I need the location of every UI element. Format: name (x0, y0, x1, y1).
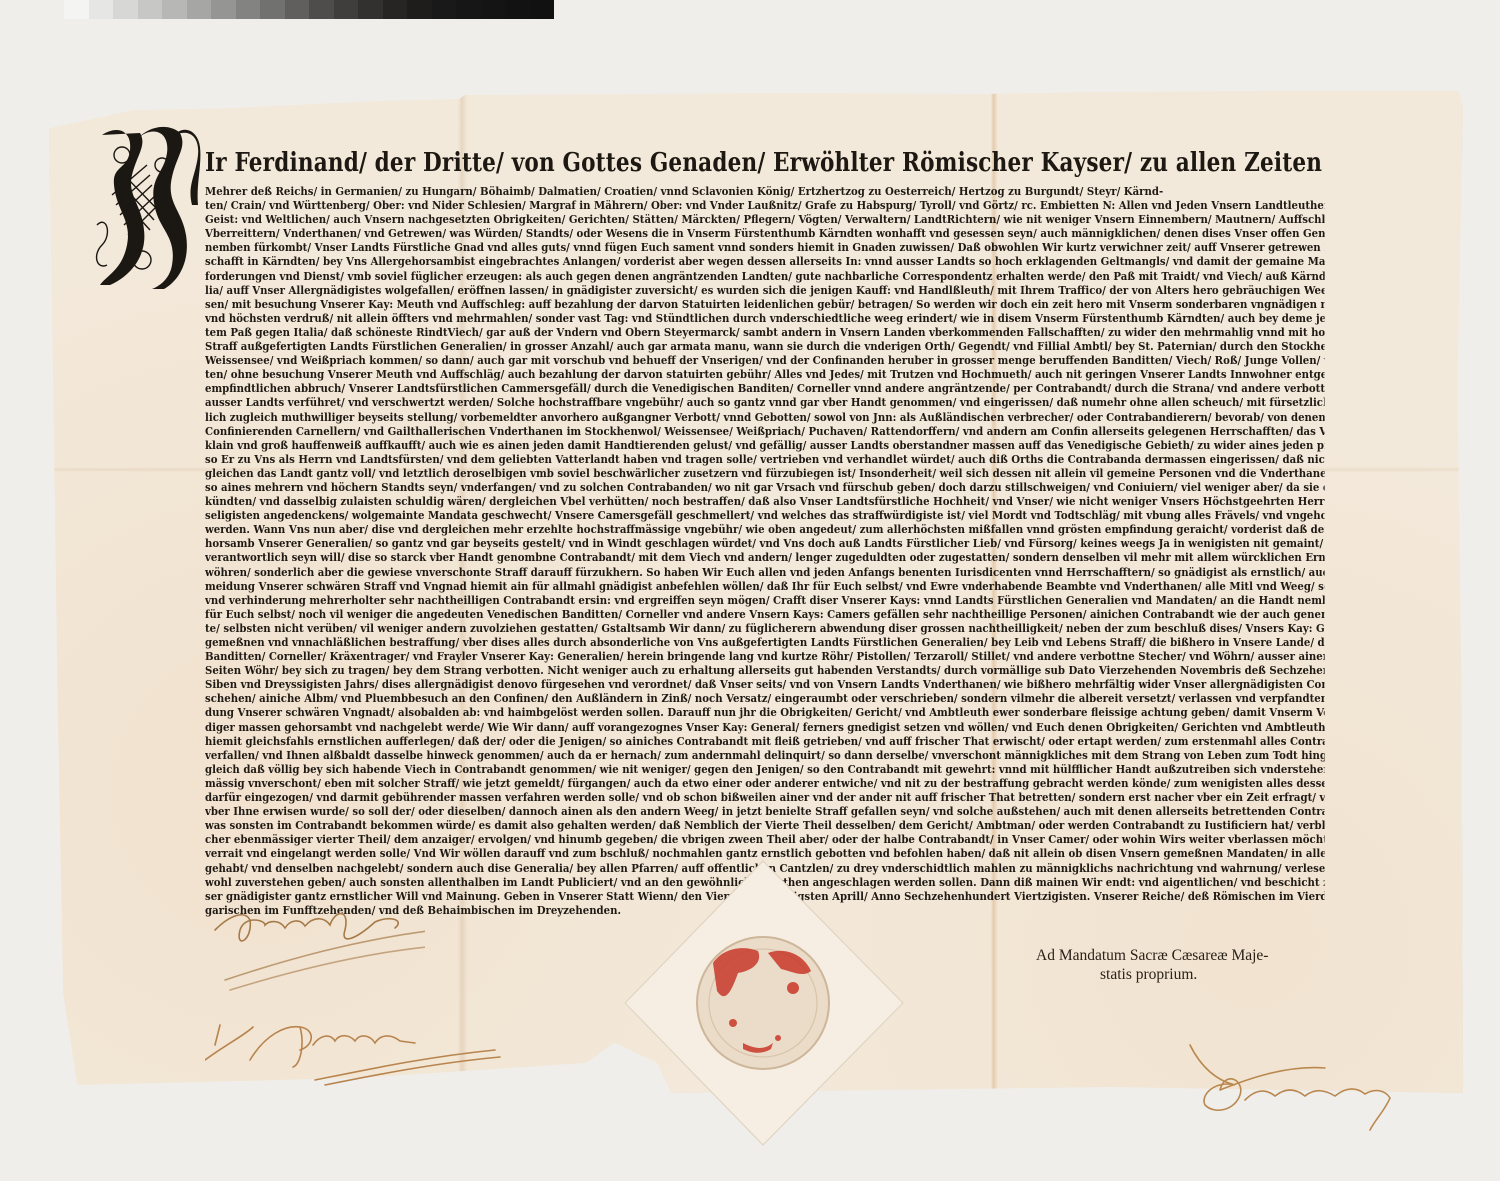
body-text-line: Siben vnd Dreyssigisten Jahrs/ dises all… (205, 677, 1325, 691)
signature-chancellor-icon (205, 1005, 505, 1095)
body-text-line: vnd höchsten verdruß/ nit allein öffters… (205, 311, 1325, 325)
gray-swatch (236, 0, 261, 19)
attestation-note: Ad Mandatum Sacræ Cæsareæ Maje- statis p… (1036, 946, 1268, 984)
gray-swatch (432, 0, 457, 19)
body-text-line: so aines mehrern vnd höchern Standts sey… (205, 480, 1325, 494)
gray-swatch (358, 0, 383, 19)
body-text-line: schehen/ ainiche Albm/ vnd Pluembbesuch … (205, 691, 1325, 705)
body-text-line: ten/ Crain/ vnd Württenberg/ Ober: vnd N… (205, 198, 1325, 212)
body-text-line: werden. Wann Vns nun aber/ dise vnd derg… (205, 522, 1325, 536)
gray-swatch (211, 0, 236, 19)
headline: Ir Ferdinand/ der Dritte/ von Gottes Gen… (205, 148, 1135, 178)
gray-swatch (64, 0, 89, 19)
body-text-line: gleich daß völlig bey sich habende Viech… (205, 762, 1325, 776)
gray-swatch (162, 0, 187, 19)
body-text-line: nemben fürkombt/ Vnser Landts Fürstliche… (205, 240, 1325, 254)
body-text-line: dung Vnserer schwären Vngnadt/ alsobalde… (205, 705, 1325, 719)
body-text-line: lia/ auff Vnser Allergnädigistes wolgefa… (205, 283, 1325, 297)
body-text-line: Banditten/ Corneller/ Kräxentrager/ vnd … (205, 649, 1325, 663)
body-text-line: horsamb Vnserer Generalien/ so gantz vnd… (205, 536, 1325, 550)
signature-referendary-icon (1185, 1040, 1415, 1135)
body-text-line: was sonsten im Contrabandt bekommen würd… (205, 818, 1325, 832)
body-text-line: verantwortlich seyn will/ dise so starck… (205, 550, 1325, 564)
body-text-line: tem Paß gegen Italia/ daß schöneste Rind… (205, 325, 1325, 339)
signature-emperor-icon (205, 900, 425, 1000)
body-text-line: empfindtlichen abbruch/ Vnserer Landtsfü… (205, 381, 1325, 395)
body-text-line: schafft in Kärndten/ bey Vns Allergehors… (205, 254, 1325, 268)
gray-swatch (260, 0, 285, 19)
decorative-initial-w-icon (92, 125, 202, 290)
body-text-line: ten/ ohne besuchung Vnserer Meuth vnd Au… (205, 367, 1325, 381)
body-text-line: sen/ mit besuchung Vnserer Kay: Meuth vn… (205, 297, 1325, 311)
gray-swatch (309, 0, 334, 19)
gray-swatch (383, 0, 408, 19)
gray-swatch (530, 0, 555, 19)
body-text-line: gleichen das Landt gantz voll/ vnd letzt… (205, 466, 1325, 480)
body-text-line: Weissensee/ vnd Weißpriach kommen/ so da… (205, 353, 1325, 367)
body-text-line: so Er zu Vns als Herrn vnd Landtsfürsten… (205, 452, 1325, 466)
body-text-line: vnd verhinderung mehrerholter sehr nacht… (205, 593, 1325, 607)
body-text-line: forderungen vnd Dienst/ vmb soviel fügli… (205, 269, 1325, 283)
body-text-line: für Euch selbst/ noch vil weniger die an… (205, 607, 1325, 621)
body-text-line: ausser Landts verführet/ vnd verschwertz… (205, 395, 1325, 409)
body-text-line: te/ selbsten nicht verüben/ vil weniger … (205, 621, 1325, 635)
body-text-line: Straff außgefertigten Landts Fürstlichen… (205, 339, 1325, 353)
body-text-line: lich zugleich muthwilliger beyseits stel… (205, 410, 1325, 424)
body-text-line: cher ebenmässiger vierter Theil/ dem anz… (205, 832, 1325, 846)
gray-swatch (89, 0, 114, 19)
gray-swatch (113, 0, 138, 19)
gray-swatch (407, 0, 432, 19)
body-text-line: Mehrer deß Reichs/ in Germanien/ zu Hung… (205, 184, 1325, 198)
body-text-line: Geist: vnd Weltlichen/ auch Vnsern nachg… (205, 212, 1325, 226)
grayscale-calibration-strip (64, 0, 554, 19)
gray-swatch (456, 0, 481, 19)
gray-swatch (138, 0, 163, 19)
body-text-line: darfür eingezogen/ vnd darmit gebührende… (205, 790, 1325, 804)
gray-swatch (187, 0, 212, 19)
body-text-line: seligisten angedenckens/ wolgemainte Man… (205, 508, 1325, 522)
mandate-body-text: Mehrer deß Reichs/ in Germanien/ zu Hung… (205, 184, 1325, 917)
body-text-line: Confinierenden Carnellern/ vnd Gailthall… (205, 424, 1325, 438)
body-text-line: verfallen/ vnd Ihnen alßbaldt dasselbe h… (205, 748, 1325, 762)
body-text-line: Seiten Wöhr/ bey sich zu tragen/ bey dem… (205, 663, 1325, 677)
body-text-line: meidung Vnserer schwären Straff vnd Vngn… (205, 579, 1325, 593)
body-text-line: Vberreittern/ Vnderthanen/ vnd Getrewen/… (205, 226, 1325, 240)
embossed-seal-icon (613, 853, 913, 1153)
gray-swatch (285, 0, 310, 19)
gray-swatch (505, 0, 530, 19)
body-text-line: hiemit gleichsfahls ernstlichen aufferle… (205, 734, 1325, 748)
attestation-line-1: Ad Mandatum Sacræ Cæsareæ Maje- (1036, 946, 1268, 965)
body-text-line: vber Ihne erwisen wurde/ so soll der/ od… (205, 804, 1325, 818)
body-text-line: wöhren/ sonderlich aber die gewiese vnve… (205, 565, 1325, 579)
body-text-line: klain vnd groß hauffenweiß auffkaufft/ a… (205, 438, 1325, 452)
body-text-line: diger massen gehorsambt vnd nachgelebt w… (205, 720, 1325, 734)
gray-swatch (334, 0, 359, 19)
attestation-line-2: statis proprium. (1036, 965, 1268, 984)
body-text-line: gemeßnen vnd vnnachläßlichen bestraffung… (205, 635, 1325, 649)
body-text-line: mässig vnverschont/ eben mit solcher Str… (205, 776, 1325, 790)
body-text-line: kündten/ vnd dasselbig zulaisten schuldi… (205, 494, 1325, 508)
gray-swatch (481, 0, 506, 19)
